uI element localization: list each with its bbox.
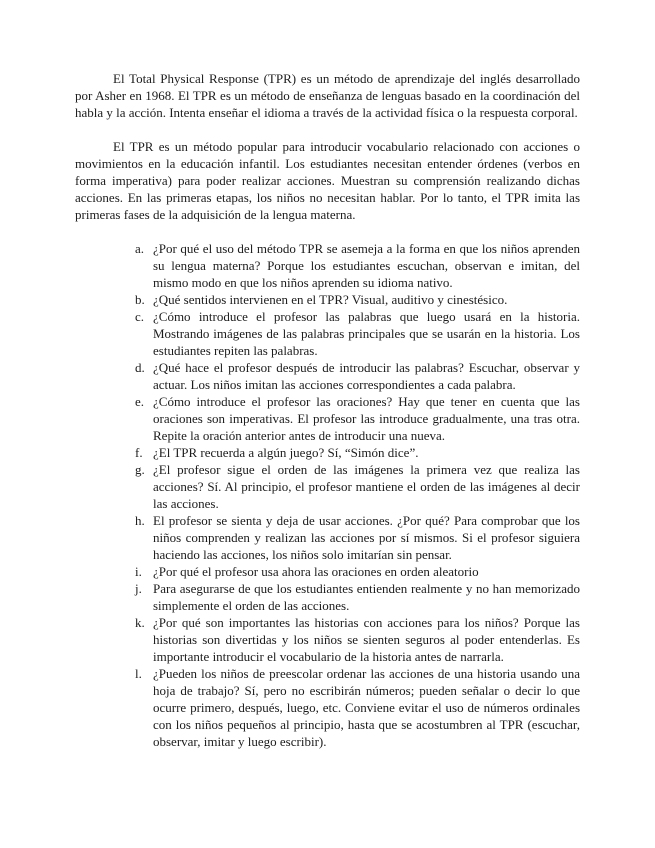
qa-item-text: ¿Por qué el profesor usa ahora las oraci…	[153, 563, 580, 580]
qa-item-marker: b.	[135, 291, 153, 308]
qa-list-item: e. ¿Cómo introduce el profesor las oraci…	[135, 393, 580, 444]
qa-list-item: i. ¿Por qué el profesor usa ahora las or…	[135, 563, 580, 580]
qa-list: a. ¿Por qué el uso del método TPR se ase…	[135, 240, 580, 750]
qa-item-marker: e.	[135, 393, 153, 410]
qa-list-item: k. ¿Por qué son importantes las historia…	[135, 614, 580, 665]
qa-item-text: ¿Qué hace el profesor después de introdu…	[153, 359, 580, 393]
qa-item-text: ¿El profesor sigue el orden de las imáge…	[153, 461, 580, 512]
qa-list-item: d. ¿Qué hace el profesor después de intr…	[135, 359, 580, 393]
qa-item-marker: j.	[135, 580, 153, 597]
qa-list-item: b. ¿Qué sentidos intervienen en el TPR? …	[135, 291, 580, 308]
qa-list-item: g. ¿El profesor sigue el orden de las im…	[135, 461, 580, 512]
qa-item-marker: c.	[135, 308, 153, 325]
qa-item-marker: h.	[135, 512, 153, 529]
qa-item-marker: d.	[135, 359, 153, 376]
qa-item-text: El profesor se sienta y deja de usar acc…	[153, 512, 580, 563]
qa-list-item: j. Para asegurarse de que los estudiante…	[135, 580, 580, 614]
qa-item-marker: l.	[135, 665, 153, 682]
qa-item-text: ¿Por qué son importantes las historias c…	[153, 614, 580, 665]
qa-list-item: c. ¿Cómo introduce el profesor las palab…	[135, 308, 580, 359]
qa-item-text: ¿Por qué el uso del método TPR se asemej…	[153, 240, 580, 291]
qa-item-text: ¿Pueden los niños de preescolar ordenar …	[153, 665, 580, 750]
qa-list-item: h. El profesor se sienta y deja de usar …	[135, 512, 580, 563]
qa-item-text: Para asegurarse de que los estudiantes e…	[153, 580, 580, 614]
qa-item-text: ¿Cómo introduce el profesor las oracione…	[153, 393, 580, 444]
qa-item-marker: g.	[135, 461, 153, 478]
qa-list-item: a. ¿Por qué el uso del método TPR se ase…	[135, 240, 580, 291]
qa-item-marker: f.	[135, 444, 153, 461]
qa-list-item: f. ¿El TPR recuerda a algún juego? Sí, “…	[135, 444, 580, 461]
qa-item-text: ¿El TPR recuerda a algún juego? Sí, “Sim…	[153, 444, 580, 461]
intro-paragraph-1: El Total Physical Response (TPR) es un m…	[75, 70, 580, 121]
qa-item-text: ¿Cómo introduce el profesor las palabras…	[153, 308, 580, 359]
qa-item-marker: i.	[135, 563, 153, 580]
qa-item-marker: a.	[135, 240, 153, 257]
document-page: El Total Physical Response (TPR) es un m…	[0, 0, 655, 848]
qa-list-item: l. ¿Pueden los niños de preescolar orden…	[135, 665, 580, 750]
qa-item-marker: k.	[135, 614, 153, 631]
qa-item-text: ¿Qué sentidos intervienen en el TPR? Vis…	[153, 291, 580, 308]
intro-paragraph-2: El TPR es un método popular para introdu…	[75, 138, 580, 223]
